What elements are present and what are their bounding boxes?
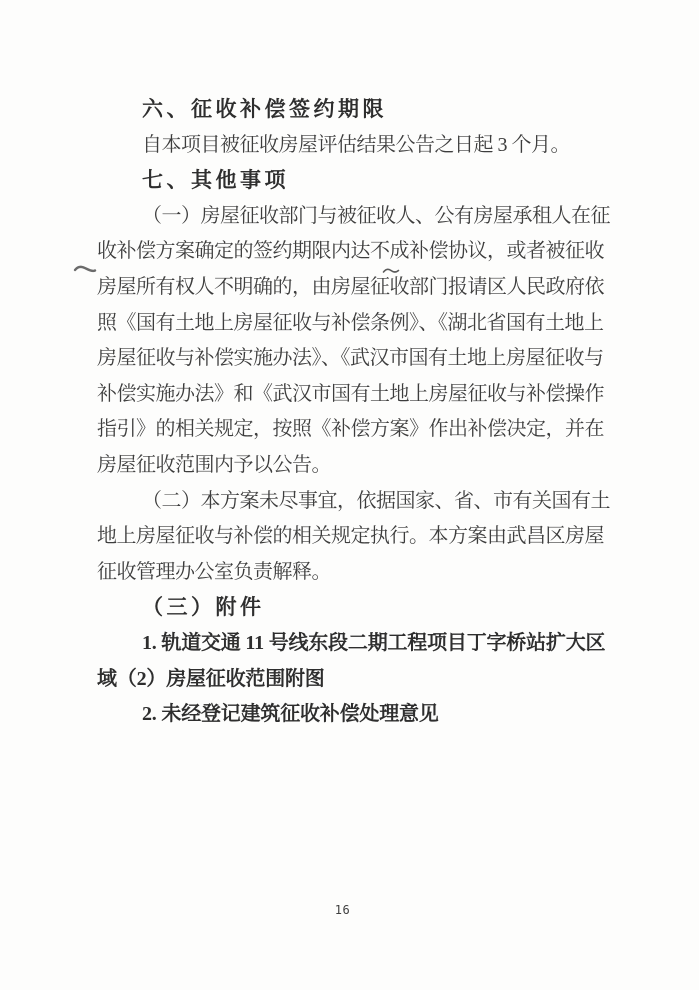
attachment-line: 1. 轨道交通 11 号线东段二期工程项目丁字桥站扩大区 [97, 626, 612, 662]
attachment-line: 域（2）房屋征收范围附图 [97, 662, 612, 698]
body-line: 补偿实施办法》和《武汉市国有土地上房屋征收与补偿操作 [97, 377, 612, 413]
body-line: 房屋所有权人不明确的，由房屋征收部门报请区人民政府依 [97, 270, 612, 306]
body-line: 房屋征收与补偿实施办法》、《武汉市国有土地上房屋征收与 [97, 341, 612, 377]
body-line: （二）本方案未尽事宜，依据国家、省、市有关国有土 [97, 484, 612, 520]
document-text-block: 六、征收补偿签约期限自本项目被征收房屋评估结果公告之日起 3 个月。七、其他事项… [97, 92, 612, 733]
body-line: 指引》的相关规定，按照《补偿方案》作出补偿决定，并在 [97, 412, 612, 448]
body-line: 收补偿方案确定的签约期限内达不成补偿协议，或者被征收 [97, 234, 612, 270]
heading-line: （三）附件 [97, 590, 612, 626]
document-page: 六、征收补偿签约期限自本项目被征收房屋评估结果公告之日起 3 个月。七、其他事项… [0, 0, 699, 990]
attachment-line: 2. 未经登记建筑征收补偿处理意见 [97, 697, 612, 733]
page-number: 16 [0, 903, 685, 917]
heading-line: 六、征收补偿签约期限 [97, 92, 612, 128]
heading-line: 七、其他事项 [97, 163, 612, 199]
body-line: （一）房屋征收部门与被征收人、公有房屋承租人在征 [97, 199, 612, 235]
body-line: 地上房屋征收与补偿的相关规定执行。本方案由武昌区房屋 [97, 519, 612, 555]
body-line: 照《国有土地上房屋征收与补偿条例》、《湖北省国有土地上 [97, 306, 612, 342]
body-line: 征收管理办公室负责解释。 [97, 555, 612, 591]
body-line: 自本项目被征收房屋评估结果公告之日起 3 个月。 [97, 128, 612, 164]
scan-smudge-icon [73, 262, 97, 277]
body-line: 房屋征收范围内予以公告。 [97, 448, 612, 484]
